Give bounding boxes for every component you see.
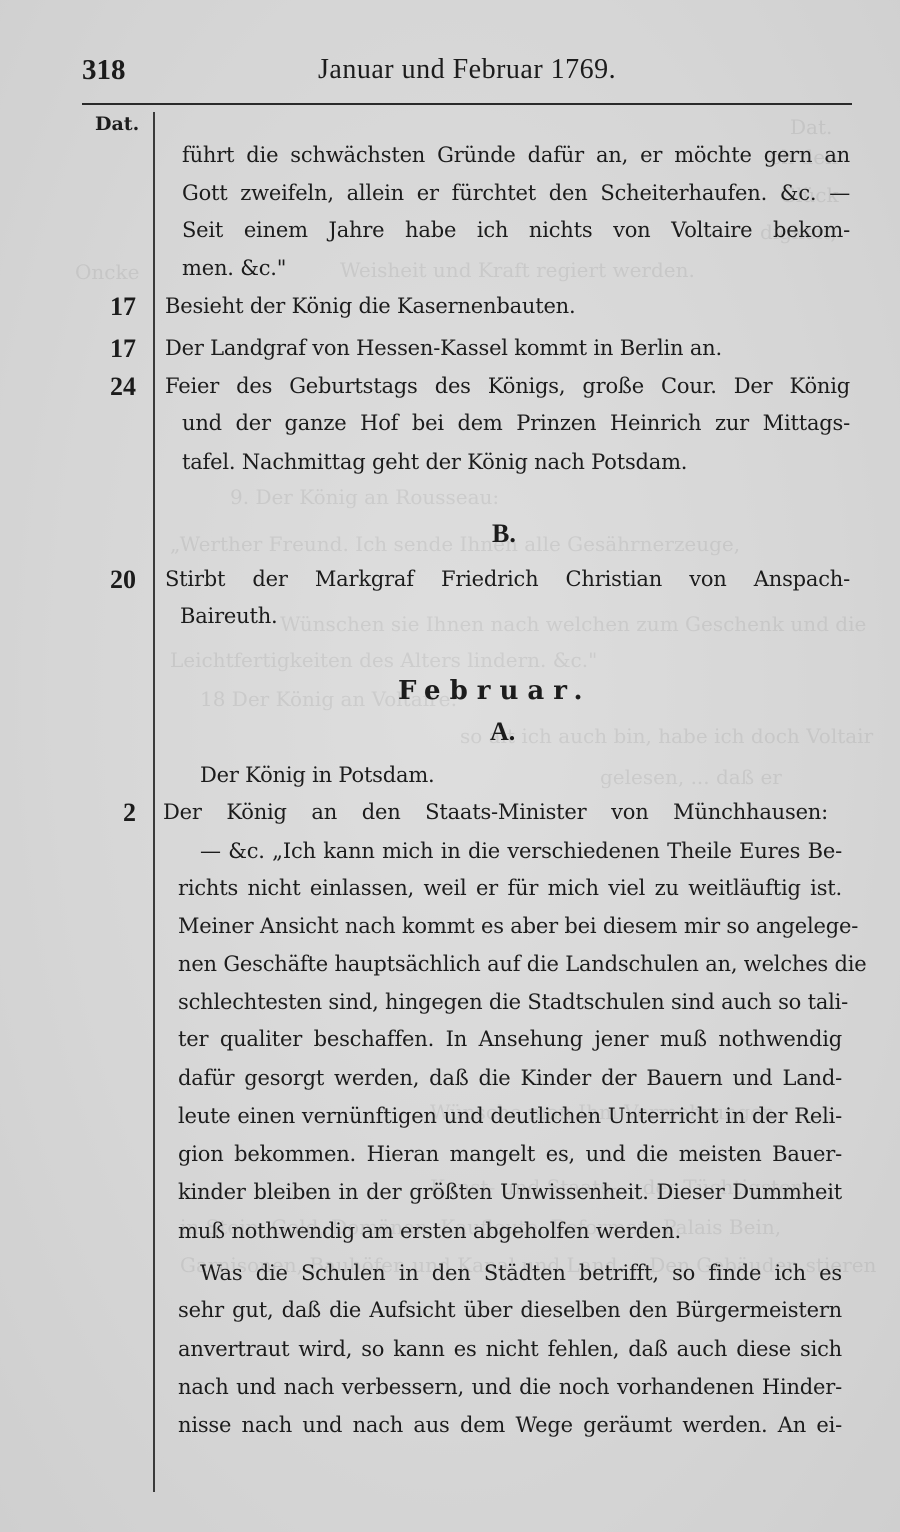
show-through-text: Dat.	[790, 115, 832, 139]
show-through-text: so alt ich auch bin, habe ich doch Volta…	[460, 724, 873, 748]
entry-date: 20	[76, 565, 136, 595]
text-line: Besieht der König die Kasernenbauten.	[165, 294, 575, 318]
date-column-divider	[153, 112, 155, 1492]
header-rule	[82, 103, 852, 105]
entry-date: 17	[76, 292, 136, 322]
text-line: Baireuth.	[180, 604, 278, 628]
text-line: gion bekommen. Hieran mangelt es, und di…	[178, 1142, 842, 1166]
text-line: nach und nach verbessern, und die noch v…	[178, 1375, 842, 1399]
text-line: tafel. Nachmittag geht der König nach Po…	[182, 450, 687, 474]
show-through-text: Leichtfertigkeiten des Alters lindern. &…	[170, 648, 597, 672]
month-heading: Februar.	[398, 676, 592, 706]
text-line: richts nicht einlassen, weil er für mich…	[178, 876, 842, 900]
show-through-text: Oncke	[75, 260, 139, 284]
section-heading-a: A.	[490, 717, 515, 747]
text-line: und der ganze Hof bei dem Prinzen Heinri…	[182, 411, 850, 435]
entry-date: 2	[76, 798, 136, 828]
text-line: ter qualiter beschaffen. In Ansehung jen…	[178, 1027, 842, 1051]
text-line: men. &c."	[182, 256, 286, 280]
text-line: leute einen vernünftigen und deutlichen …	[178, 1104, 842, 1128]
show-through-text: „Werther Freund. Ich sende Ihnen alle Ge…	[170, 532, 740, 556]
text-line: schlechtesten sind, hingegen die Stadtsc…	[178, 990, 842, 1014]
text-line: Gott zweifeln, allein er fürchtet den Sc…	[182, 181, 850, 205]
page-number: 318	[82, 54, 126, 87]
show-through-text: Wünschen sie Ihnen nach welchen zum Gesc…	[280, 612, 866, 636]
section-intro: Der König in Potsdam.	[200, 763, 435, 787]
text-line: Der Landgraf von Hessen-Kassel kommt in …	[165, 336, 722, 360]
text-line: Feier des Geburtstags des Königs, große …	[165, 374, 850, 398]
running-title: Januar und Februar 1769.	[318, 54, 616, 86]
text-line: muß nothwendig am ersten abgeholfen werd…	[178, 1219, 681, 1243]
date-column-label: Dat.	[95, 113, 139, 135]
text-line: dafür gesorgt werden, daß die Kinder der…	[178, 1066, 842, 1090]
text-line: Meiner Ansicht nach kommt es aber bei di…	[178, 914, 842, 938]
text-line: führt die schwächsten Gründe dafür an, e…	[182, 143, 850, 167]
text-line: nisse nach und nach aus dem Wege geräumt…	[178, 1413, 842, 1437]
entry-date: 24	[76, 372, 136, 402]
show-through-text: Weisheit und Kraft regiert werden.	[340, 258, 695, 282]
text-line: — &c. „Ich kann mich in die verschiedene…	[200, 839, 842, 863]
section-heading-b: B.	[492, 519, 516, 549]
text-line: sehr gut, daß die Aufsicht über dieselbe…	[178, 1298, 842, 1322]
text-line: Der König an den Staats-Minister von Mün…	[163, 800, 828, 824]
show-through-text: 9. Der König an Rousseau:	[230, 485, 499, 509]
text-line: anvertraut wird, so kann es nicht fehlen…	[178, 1337, 842, 1361]
text-line: Stirbt der Markgraf Friedrich Christian …	[165, 567, 850, 591]
show-through-text: gelesen, ... daß er	[600, 765, 782, 789]
text-line: nen Geschäfte hauptsächlich auf die Land…	[178, 952, 842, 976]
entry-date: 17	[76, 334, 136, 364]
text-line: Was die Schulen in den Städten betrifft,…	[200, 1261, 842, 1285]
text-line: Seit einem Jahre habe ich nichts von Vol…	[182, 218, 850, 242]
text-line: kinder bleiben in der größten Unwissenhe…	[178, 1180, 842, 1204]
book-page: Dat. ch den Glück digkeit, Oncke Weishei…	[0, 0, 900, 1532]
